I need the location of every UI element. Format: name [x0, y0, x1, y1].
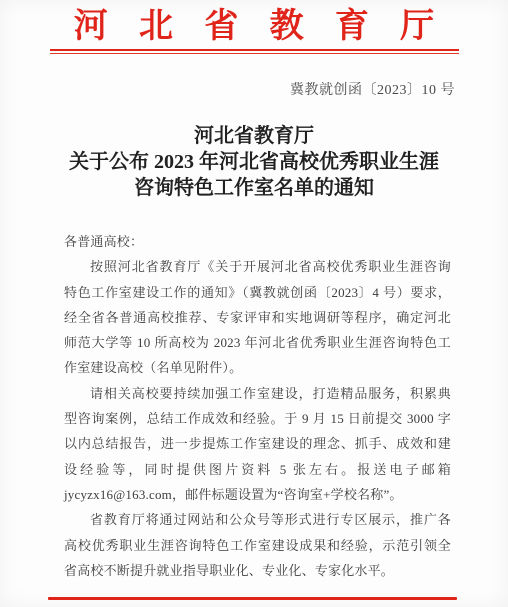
body-line: 特色工作室建设工作的通知》（冀教就创函〔2023〕4 号）要求， [64, 280, 451, 305]
notice-title-line-1: 河北省教育厅 [0, 123, 508, 149]
document-reference-number: 冀教就创函〔2023〕10 号 [0, 82, 508, 100]
body-line: 按照河北省教育厅《关于开展河北省高校优秀职业生涯咨询 [64, 254, 451, 279]
salutation-line: 各普通高校： [64, 229, 451, 254]
body-line: 设经验等，同时提供图片资料 5 张左右。报送电子邮箱 [64, 457, 451, 482]
notice-title-line-3: 咨询特色工作室名单的通知 [0, 175, 508, 201]
body-line: 经全省各普通高校推荐、专家评审和实地调研等程序，确定河北 [64, 305, 451, 330]
footer-red-rule [48, 597, 457, 600]
body-line-email: jycyzx16@163.com，邮件标题设置为“咨询室+学校名称”。 [64, 482, 451, 507]
body-line: 高校优秀职业生涯咨询特色工作室建设成果和经验，示范引领全 [64, 533, 451, 558]
body-line: 型咨询案例，总结工作成效和经验。于 9 月 15 日前提交 3000 字 [64, 406, 451, 431]
notice-title: 河北省教育厅 关于公布 2023 年河北省高校优秀职业生涯 咨询特色工作室名单的… [0, 123, 508, 201]
letterhead-double-rule [50, 49, 459, 54]
letterhead-agency-name: 河北省教育厅 [0, 0, 508, 47]
body-line: 作室建设高校（名单见附件）。 [64, 355, 451, 380]
body-line: 省高校不断提升就业指导职业化、专业化、专家化水平。 [64, 558, 451, 583]
body-line: 以内总结报告，进一步提炼工作室建设的理念、抓手、成效和建 [64, 431, 451, 456]
notice-body: 各普通高校： 按照河北省教育厅《关于开展河北省高校优秀职业生涯咨询 特色工作室建… [64, 229, 451, 583]
body-line: 省教育厅将通过网站和公众号等形式进行专区展示，推广各 [64, 507, 451, 532]
notice-title-line-2: 关于公布 2023 年河北省高校优秀职业生涯 [0, 149, 508, 175]
scanned-notice-page: 河北省教育厅 冀教就创函〔2023〕10 号 河北省教育厅 关于公布 2023 … [0, 0, 508, 607]
body-line: 师范大学等 10 所高校为 2023 年河北省优秀职业生涯咨询特色工 [64, 330, 451, 355]
body-line: 请相关高校要持续加强工作室建设，打造精品服务，积累典 [64, 381, 451, 406]
